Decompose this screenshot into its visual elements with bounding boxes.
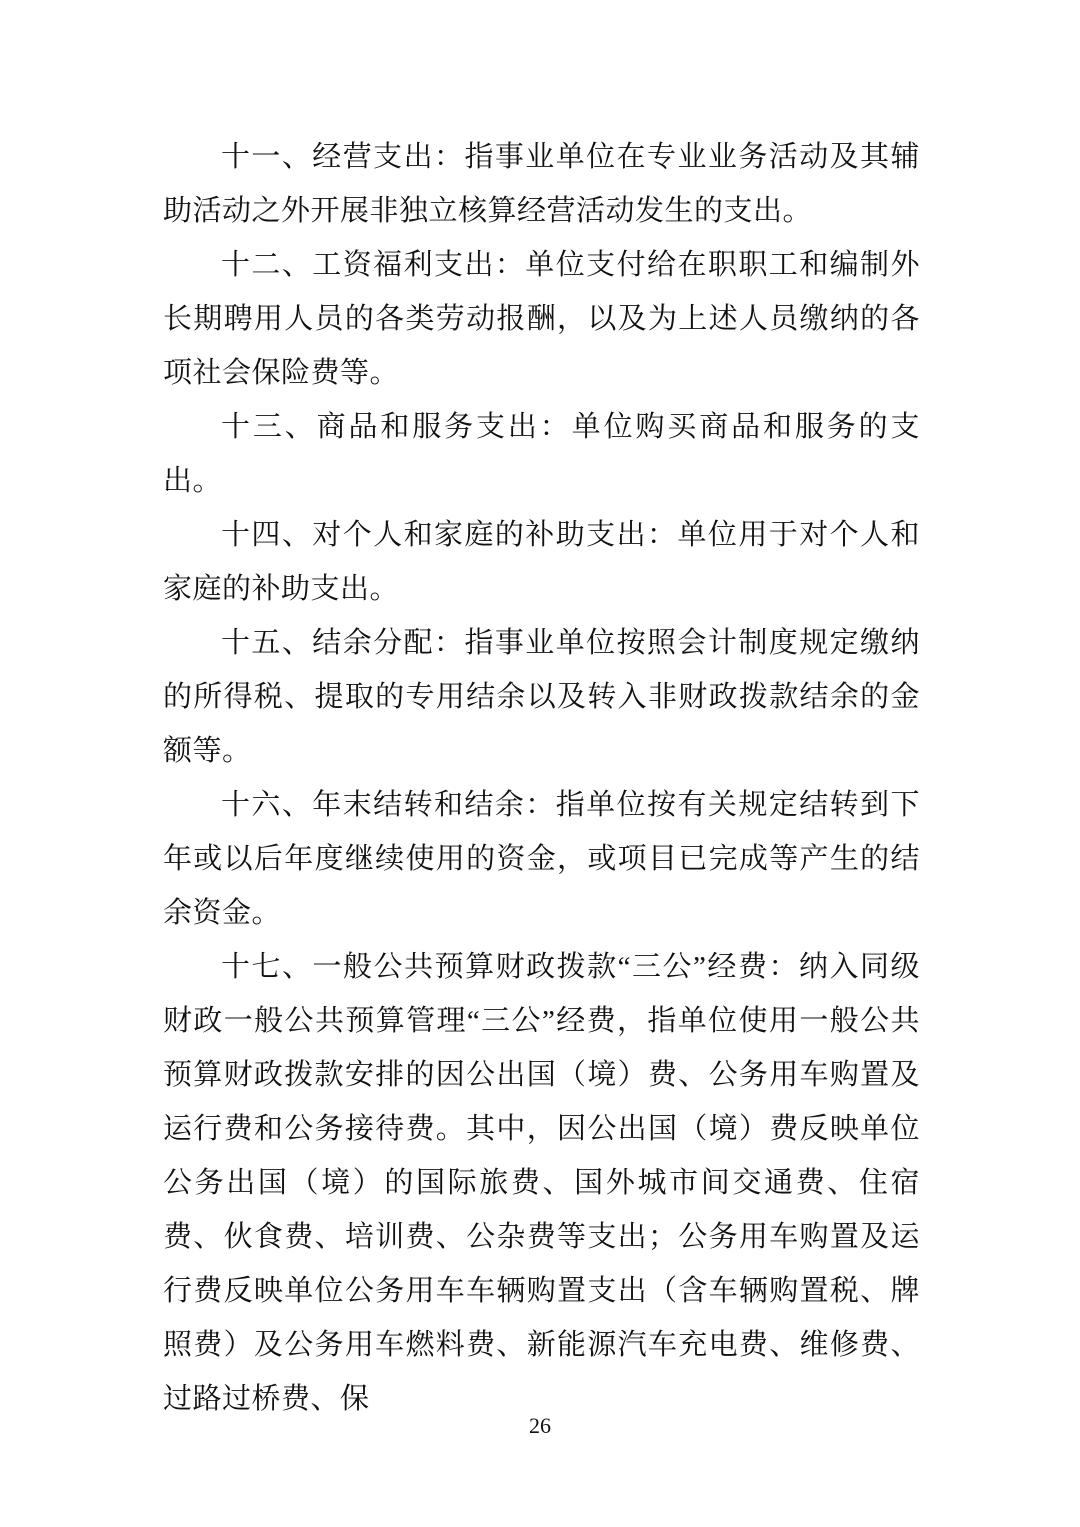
paragraph-item-14: 十四、对个人和家庭的补助支出：单位用于对个人和家庭的补助支出。 — [163, 508, 920, 616]
paragraph-item-16: 十六、年末结转和结余：指单位按有关规定结转到下年或以后年度继续使用的资金，或项目… — [163, 778, 920, 940]
document-body: 十一、经营支出：指事业单位在专业业务活动及其辅助活动之外开展非独立核算经营活动发… — [163, 130, 920, 1426]
paragraph-item-11: 十一、经营支出：指事业单位在专业业务活动及其辅助活动之外开展非独立核算经营活动发… — [163, 130, 920, 238]
paragraph-item-17: 十七、一般公共预算财政拨款“三公”经费：纳入同级财政一般公共预算管理“三公”经费… — [163, 940, 920, 1426]
page-number: 26 — [0, 1412, 1080, 1440]
paragraph-item-15: 十五、结余分配：指事业单位按照会计制度规定缴纳的所得税、提取的专用结余以及转入非… — [163, 616, 920, 778]
paragraph-item-12: 十二、工资福利支出：单位支付给在职职工和编制外长期聘用人员的各类劳动报酬，以及为… — [163, 238, 920, 400]
document-page: 十一、经营支出：指事业单位在专业业务活动及其辅助活动之外开展非独立核算经营活动发… — [0, 0, 1080, 1527]
paragraph-item-13: 十三、商品和服务支出：单位购买商品和服务的支出。 — [163, 400, 920, 508]
